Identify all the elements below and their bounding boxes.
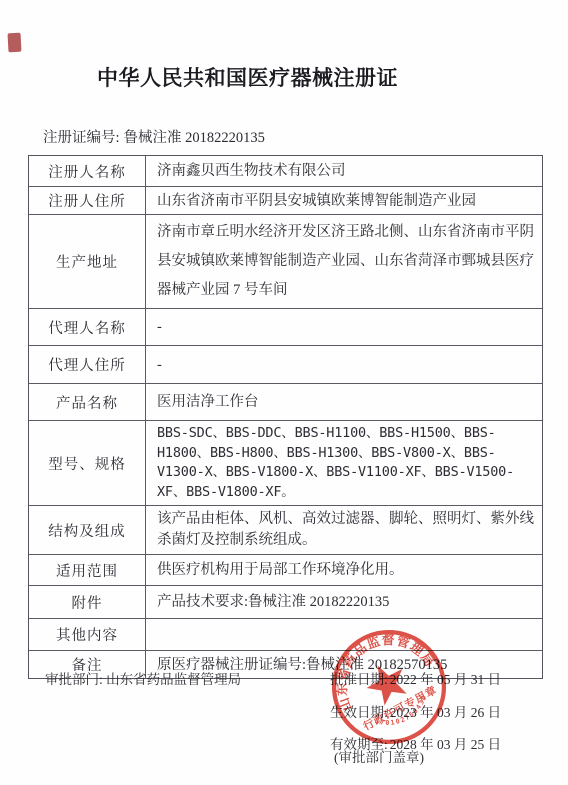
table-row: 注册人名称 济南鑫贝西生物技术有限公司	[29, 156, 542, 186]
row-label: 型号、规格	[29, 421, 146, 505]
row-label: 生产地址	[29, 215, 146, 308]
certificate-page: 中华人民共和国医疗器械注册证 注册证编号:鲁械注准 20182220135 注册…	[0, 0, 568, 785]
registration-number-label: 注册证编号:	[43, 130, 120, 146]
table-row: 产品名称 医用洁净工作台	[29, 383, 542, 420]
row-value: 产品技术要求:鲁械注准 20182220135	[146, 586, 542, 618]
red-corner-mark	[8, 33, 22, 53]
row-value: -	[146, 346, 542, 383]
effective-date-value: 2023 年 03 月 26 日	[390, 705, 501, 720]
table-row: 型号、规格 BBS-SDC、BBS-DDC、BBS-H1100、BBS-H150…	[29, 420, 542, 505]
approval-department-label: 审批部门:	[45, 672, 103, 687]
row-label: 结构及组成	[29, 506, 146, 554]
seal-note: (审批部门盖章)	[334, 746, 424, 766]
row-label: 代理人住所	[29, 346, 146, 383]
row-value: 济南市章丘明水经济开发区济王路北侧、山东省济南市平阴县安城镇欧莱博智能制造产业园…	[146, 215, 542, 308]
row-label: 适用范围	[29, 555, 146, 585]
row-value: 供医疗机构用于局部工作环境净化用。	[146, 555, 542, 585]
table-row: 结构及组成 该产品由柜体、风机、高效过滤器、脚轮、照明灯、紫外线杀菌灯及控制系统…	[29, 505, 542, 554]
page-title: 中华人民共和国医疗器械注册证	[97, 62, 477, 92]
row-label: 附件	[29, 586, 146, 618]
row-value	[146, 619, 542, 650]
row-value: 医用洁净工作台	[146, 384, 542, 420]
row-value: 山东省济南市平阴县安城镇欧莱博智能制造产业园	[146, 187, 542, 214]
row-label: 产品名称	[29, 384, 146, 420]
row-value: 济南鑫贝西生物技术有限公司	[146, 156, 542, 186]
effective-date-label: 生效日期:	[330, 705, 388, 720]
approval-date-value: 2022 年 05 月 31 日	[390, 672, 501, 687]
registration-number-line: 注册证编号:鲁械注准 20182220135	[43, 126, 265, 147]
table-row: 代理人名称 -	[29, 308, 542, 345]
certificate-table: 注册人名称 济南鑫贝西生物技术有限公司 注册人住所 山东省济南市平阴县安城镇欧莱…	[28, 155, 543, 679]
row-value: BBS-SDC、BBS-DDC、BBS-H1100、BBS-H1500、BBS-…	[146, 421, 542, 505]
registration-number-value: 鲁械注准 20182220135	[124, 130, 265, 146]
table-row: 其他内容	[29, 618, 542, 650]
row-label: 注册人名称	[29, 156, 146, 186]
approval-date-line: 批准日期:2022 年 05 月 31 日	[330, 668, 501, 688]
row-value: -	[146, 309, 542, 345]
table-row: 代理人住所 -	[29, 345, 542, 383]
row-label: 代理人名称	[29, 309, 146, 345]
row-label: 注册人住所	[29, 187, 146, 214]
row-label: 其他内容	[29, 619, 146, 650]
row-value: 该产品由柜体、风机、高效过滤器、脚轮、照明灯、紫外线杀菌灯及控制系统组成。	[146, 506, 542, 554]
effective-date-line: 生效日期:2023 年 03 月 26 日	[330, 701, 501, 721]
approval-department-line: 审批部门: 山东省药品监督管理局	[45, 668, 241, 688]
table-row: 注册人住所 山东省济南市平阴县安城镇欧莱博智能制造产业园	[29, 186, 542, 214]
table-row: 生产地址 济南市章丘明水经济开发区济王路北侧、山东省济南市平阴县安城镇欧莱博智能…	[29, 214, 542, 308]
approval-department-value: 山东省药品监督管理局	[106, 672, 241, 687]
table-row: 附件 产品技术要求:鲁械注准 20182220135	[29, 585, 542, 618]
table-row: 适用范围 供医疗机构用于局部工作环境净化用。	[29, 554, 542, 585]
approval-date-label: 批准日期:	[330, 672, 388, 687]
